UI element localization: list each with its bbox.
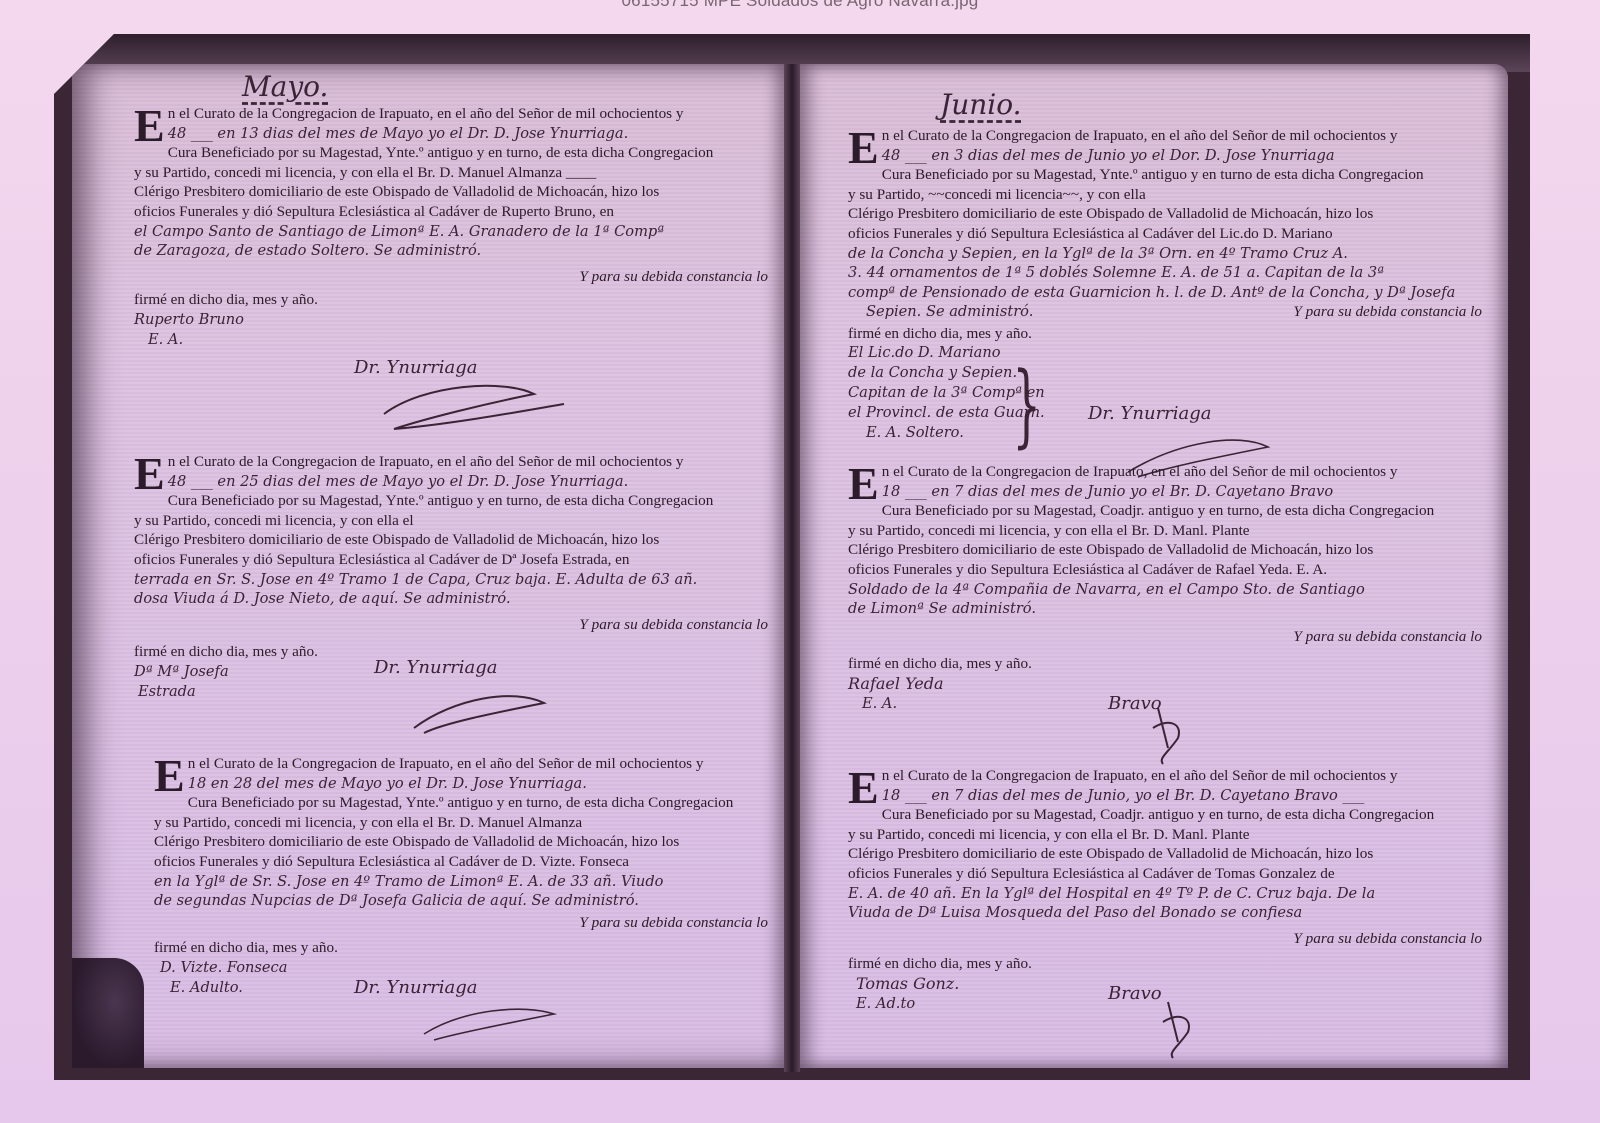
entry-line: Cura Beneficiado por su Magestad, Ynte.º… xyxy=(134,491,774,511)
entry-line: n el Curato de la Congregacion de Irapua… xyxy=(848,766,1488,786)
entry-line: 18 ___ en 7 dias del mes de Junio yo el … xyxy=(848,482,1488,502)
entry-line: y su Partido, concedi mi licencia, y con… xyxy=(134,163,774,183)
entry-line: E. A. de 40 añ. En la Yglª del Hospital … xyxy=(848,884,1488,904)
entry-line: oficios Funerales y dió Sepultura Eclesi… xyxy=(848,864,1488,884)
closing-text: Y para su debida constancia lo xyxy=(848,627,1488,647)
entry-line: Cura Beneficiado por su Magestad, Ynte.º… xyxy=(134,143,774,163)
witness-name: Ruperto Bruno xyxy=(134,310,774,330)
closing-text: Y para su debida constancia lo xyxy=(134,267,774,287)
signed-line: firmé en dicho dia, mes y año. xyxy=(154,938,774,958)
dropcap: E xyxy=(134,106,165,146)
entry-line: y su Partido, ~~concedi mi licencia~~, y… xyxy=(848,185,1488,205)
closing-text: Y para su debida constancia lo xyxy=(134,615,774,635)
month-heading-mayo: Mayo. xyxy=(242,70,328,103)
dropcap: E xyxy=(134,454,165,494)
rubric-icon xyxy=(1148,992,1208,1062)
signature-flourish-icon xyxy=(384,678,584,738)
entry-line: Clérigo Presbitero domiciliario de este … xyxy=(154,832,774,852)
entry-line: oficios Funerales y dió Sepultura Eclesi… xyxy=(154,852,774,872)
burial-entry: E n el Curato de la Congregacion de Irap… xyxy=(134,452,774,702)
entry-line: 48 ___ en 13 dias del mes de Mayo yo el … xyxy=(134,124,774,144)
entry-line: 18 en 28 del mes de Mayo yo el Dr. D. Jo… xyxy=(154,774,774,794)
signed-line: firmé en dicho dia, mes y año. xyxy=(848,654,1488,674)
priest-signature: Dr. Ynurriaga xyxy=(374,658,498,678)
entry-line: Cura Beneficiado por su Magestad, Coadjr… xyxy=(848,805,1488,825)
witness-name: D. Vizte. Fonseca xyxy=(154,958,774,978)
right-page: Junio. E n el Curato de la Congregacion … xyxy=(800,64,1508,1068)
signature-flourish-icon xyxy=(384,994,584,1044)
entry-line: el Campo Santo de Santiago de Limonª E. … xyxy=(134,222,774,242)
priest-signature: Dr. Ynurriaga xyxy=(1088,404,1212,424)
entry-line: Soldado de la 4ª Compañia de Navarra, en… xyxy=(848,580,1488,600)
burial-entry: E n el Curato de la Congregacion de Irap… xyxy=(848,462,1488,714)
witness-rank: Capitan de la 3ª Compª en xyxy=(848,383,1488,403)
entry-line: de Limonª Se administró. xyxy=(848,599,1488,619)
entry-line: de segundas Nupcias de Dª Josefa Galicia… xyxy=(154,891,774,911)
entry-line: Cura Beneficiado por su Magestad, Ynte.º… xyxy=(154,793,774,813)
entry-line: de la Concha y Sepien, en la Yglª de la … xyxy=(848,244,1488,264)
witness-name: Rafael Yeda xyxy=(848,674,1488,694)
entry-line: 48 ___ en 3 dias del mes de Junio yo el … xyxy=(848,146,1488,166)
book-gutter xyxy=(784,64,800,1072)
rubric-icon xyxy=(1138,698,1198,768)
entry-line: oficios Funerales y dió Sepultura Eclesi… xyxy=(134,202,774,222)
entry-line: dosa Viuda á D. Jose Nieto, de aquí. Se … xyxy=(134,589,774,609)
burial-entry: E n el Curato de la Congregacion de Irap… xyxy=(848,766,1488,1014)
entry-line: n el Curato de la Congregacion de Irapua… xyxy=(134,452,774,472)
entry-line: 48 ___ en 25 dias del mes de Mayo yo el … xyxy=(134,472,774,492)
entry-line: oficios Funerales y dió Sepultura Eclesi… xyxy=(134,550,774,570)
witness-name: de la Concha y Sepien. xyxy=(848,363,1488,383)
witness-status: E. A. xyxy=(134,330,774,350)
entry-line: oficios Funerales y dio Sepultura Eclesi… xyxy=(848,560,1488,580)
scanned-ledger: Mayo. E n el Curato de la Congregacion d… xyxy=(54,34,1530,1080)
entry-line: Clérigo Presbitero domiciliario de este … xyxy=(134,530,774,550)
dropcap: E xyxy=(848,768,879,808)
entry-line: en la Yglª de Sr. S. Jose en 4º Tramo de… xyxy=(154,872,774,892)
thumb-shadow xyxy=(72,958,144,1068)
witness-signature: Ruperto Bruno E. A. xyxy=(134,310,774,350)
entry-line: Cura Beneficiado por su Magestad, Ynte.º… xyxy=(848,165,1488,185)
entry-line: n el Curato de la Congregacion de Irapua… xyxy=(134,104,774,124)
entry-line: y su Partido, concedi mi licencia, y con… xyxy=(848,825,1488,845)
entry-line: n el Curato de la Congregacion de Irapua… xyxy=(848,462,1488,482)
entry-line: 18 ___ en 7 dias del mes de Junio, yo el… xyxy=(848,786,1488,806)
burial-entry: E n el Curato de la Congregacion de Irap… xyxy=(154,754,774,998)
burial-entry: E n el Curato de la Congregacion de Irap… xyxy=(134,104,774,350)
dropcap: E xyxy=(848,464,879,504)
brace-icon: } xyxy=(1012,396,1041,416)
signed-line: firmé en dicho dia, mes y año. xyxy=(848,954,1488,974)
entry-line: y su Partido, concedi mi licencia, y con… xyxy=(848,521,1488,541)
entry-line: n el Curato de la Congregacion de Irapua… xyxy=(848,126,1488,146)
left-page: Mayo. E n el Curato de la Congregacion d… xyxy=(72,64,784,1068)
entry-line: y su Partido, concedi mi licencia, y con… xyxy=(154,813,774,833)
closing-text: Y para su debida constancia lo xyxy=(848,929,1488,949)
signature-flourish-icon xyxy=(364,374,584,434)
entry-line: Clérigo Presbitero domiciliario de este … xyxy=(134,182,774,202)
entry-line: Clérigo Presbitero domiciliario de este … xyxy=(848,844,1488,864)
witness-name: Tomas Gonz. xyxy=(848,974,1488,994)
entry-line: de Zaragoza, de estado Soltero. Se admin… xyxy=(134,241,774,261)
entry-line: y su Partido, concedi mi licencia, y con… xyxy=(134,511,774,531)
dropcap: E xyxy=(154,756,185,796)
entry-line: 3. 44 ornamentos de 1ª 5 doblés Solemne … xyxy=(848,263,1488,283)
entry-line: Cura Beneficiado por su Magestad, Coadjr… xyxy=(848,501,1488,521)
witness-name: El Lic.do D. Mariano xyxy=(848,343,1488,363)
dropcap: E xyxy=(848,128,879,168)
closing-text: Y para su debida constancia lo xyxy=(154,913,774,933)
entry-line: n el Curato de la Congregacion de Irapua… xyxy=(154,754,774,774)
entry-line: Clérigo Presbitero domiciliario de este … xyxy=(848,204,1488,224)
image-filename: 06155715 MPE Soldados de Agro Navarra.jp… xyxy=(0,0,1600,11)
signed-line: firmé en dicho dia, mes y año. xyxy=(134,290,774,310)
entry-line: compª de Pensionado de esta Guarnicion h… xyxy=(848,283,1488,303)
month-heading-junio: Junio. xyxy=(940,88,1022,121)
entry-line: oficios Funerales y dió Sepultura Eclesi… xyxy=(848,224,1488,244)
entry-line: Clérigo Presbitero domiciliario de este … xyxy=(848,540,1488,560)
entry-line: terrada en Sr. S. Jose en 4º Tramo 1 de … xyxy=(134,570,774,590)
entry-line: Viuda de Dª Luisa Mosqueda del Paso del … xyxy=(848,903,1488,923)
signed-line: firmé en dicho dia, mes y año. xyxy=(848,324,1488,344)
burial-entry: E n el Curato de la Congregacion de Irap… xyxy=(848,126,1488,443)
